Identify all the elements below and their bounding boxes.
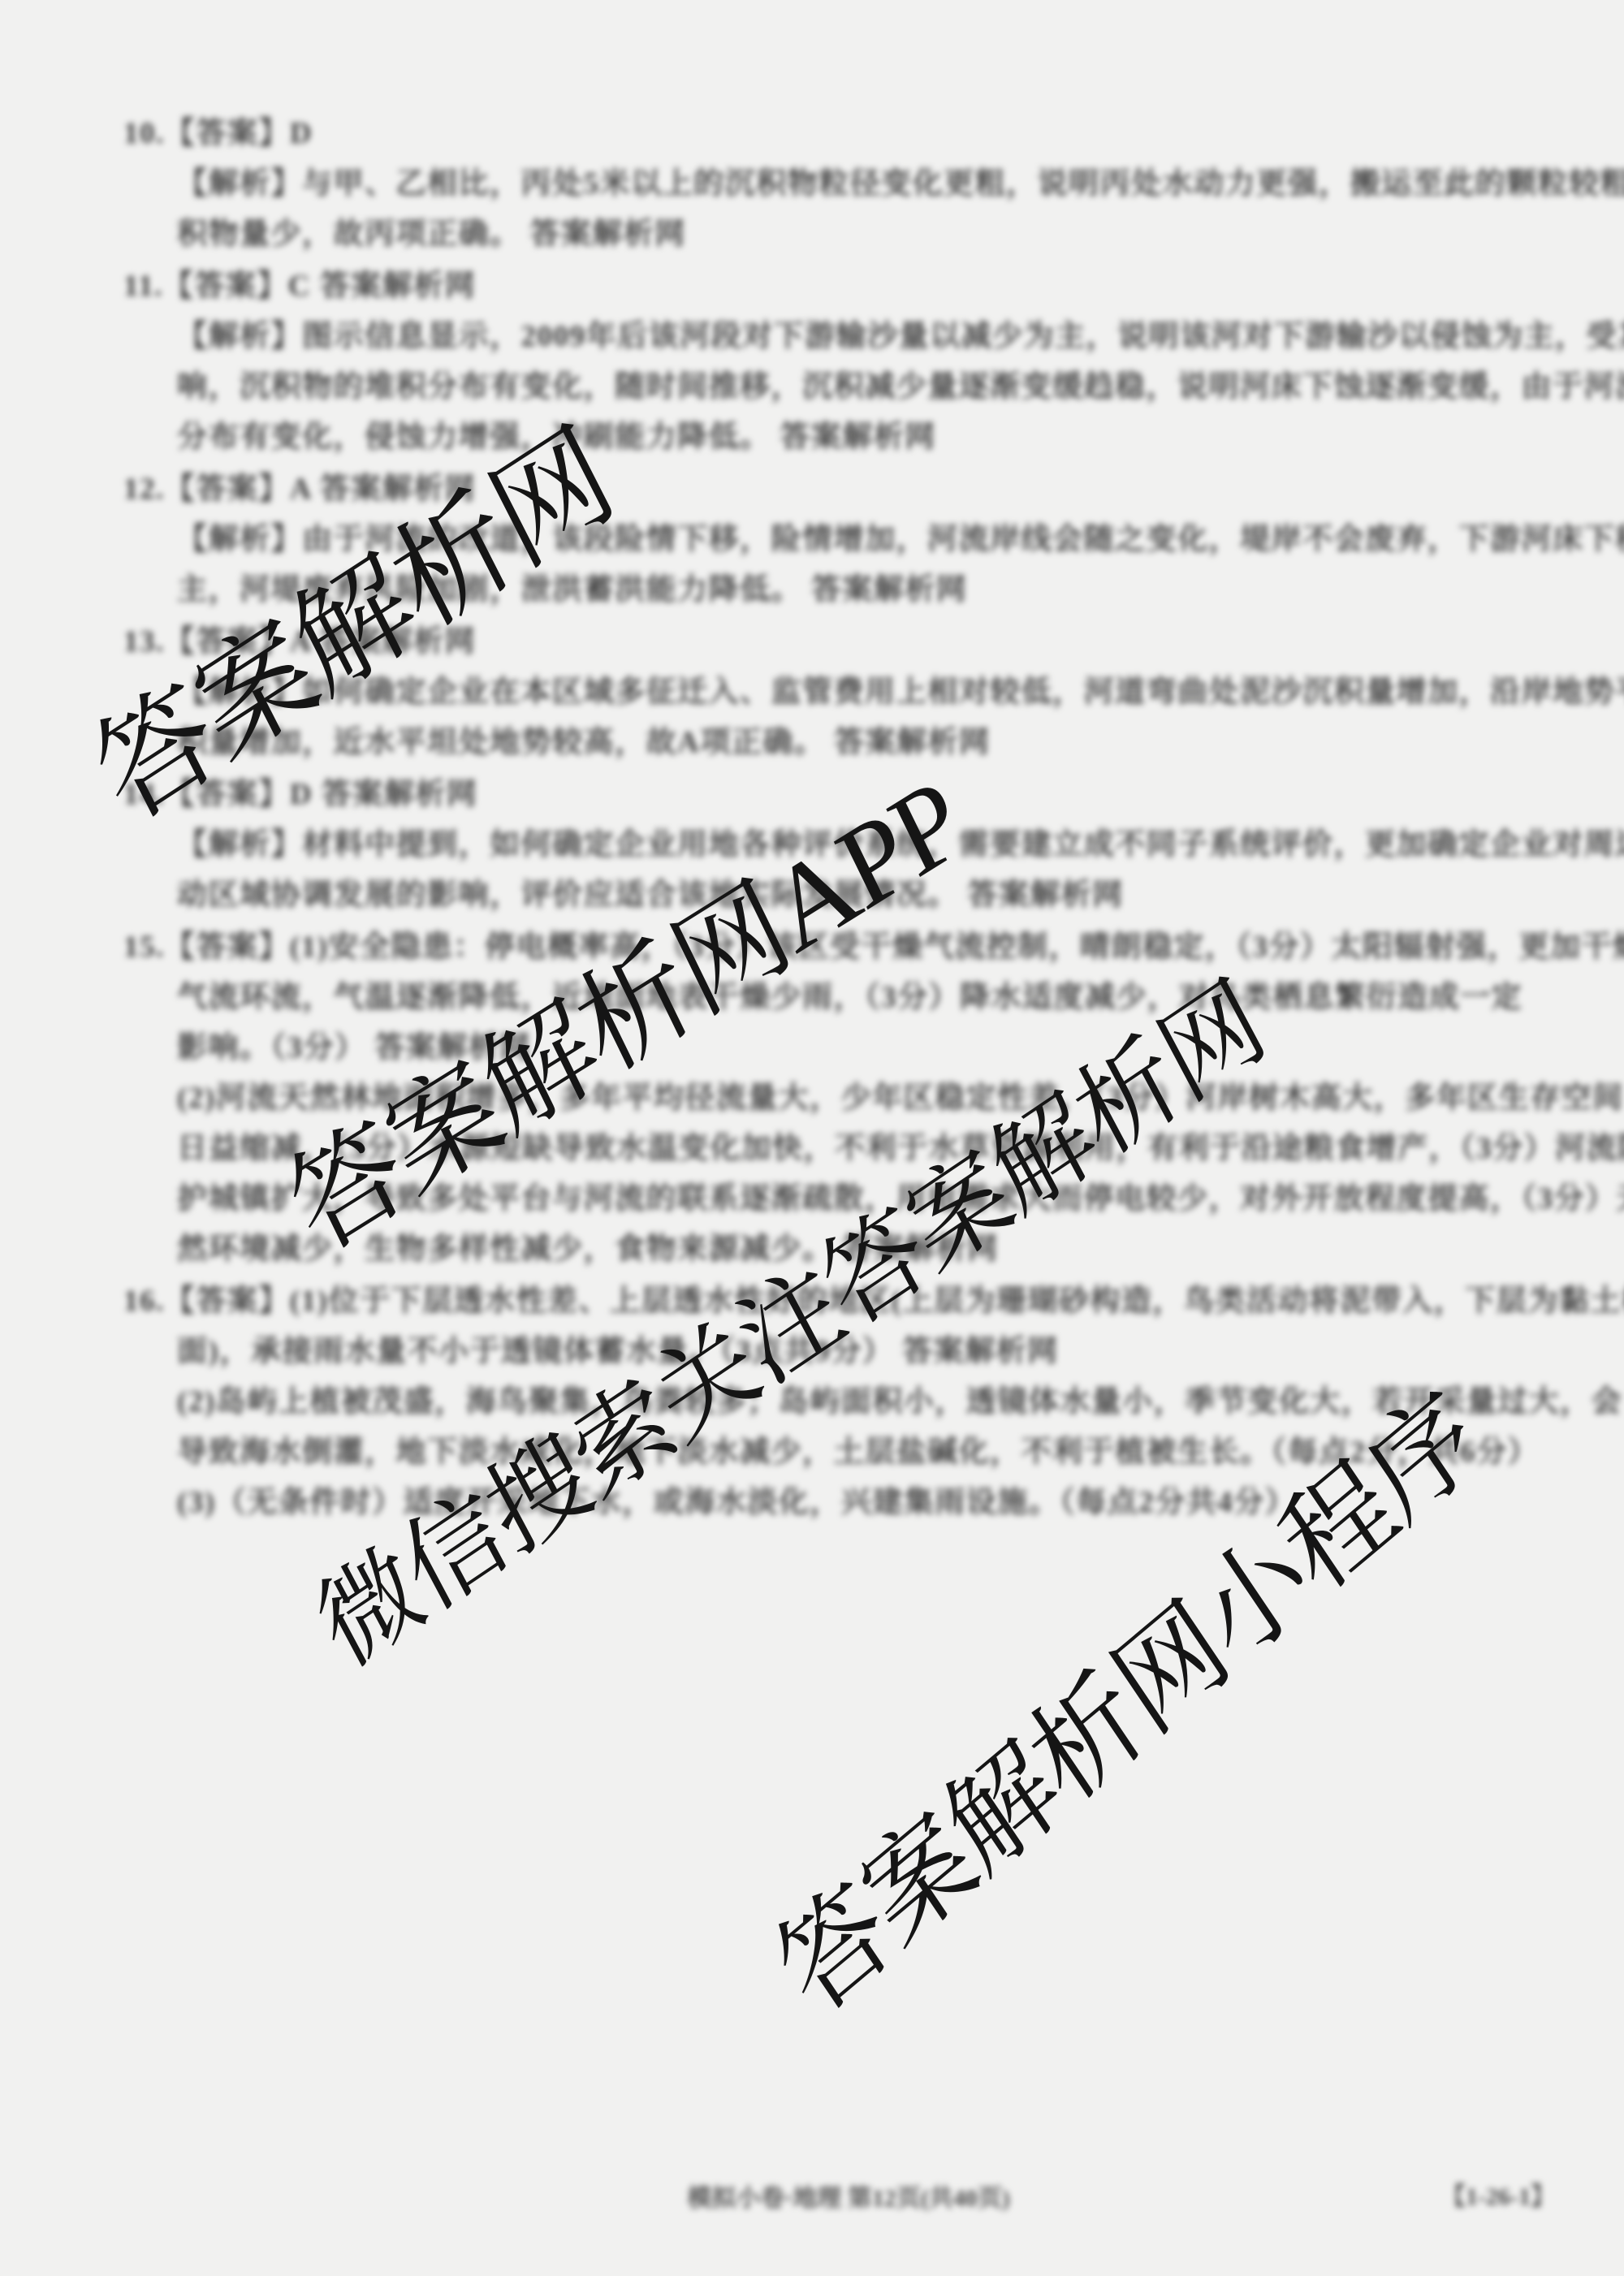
footer-page-info: 模拟小卷·地理 第12页(共40页) [687, 2183, 1010, 2215]
document-page: 10.【答案】D【解析】与甲、乙相比，丙处5米以上的沉积物粒径变化更粗，说明丙处… [0, 0, 1624, 2276]
footer-layer: 模拟小卷·地理 第12页(共40页) 【1-26-1】 [0, 0, 1624, 2276]
footer-code: 【1-26-1】 [1441, 2181, 1555, 2213]
